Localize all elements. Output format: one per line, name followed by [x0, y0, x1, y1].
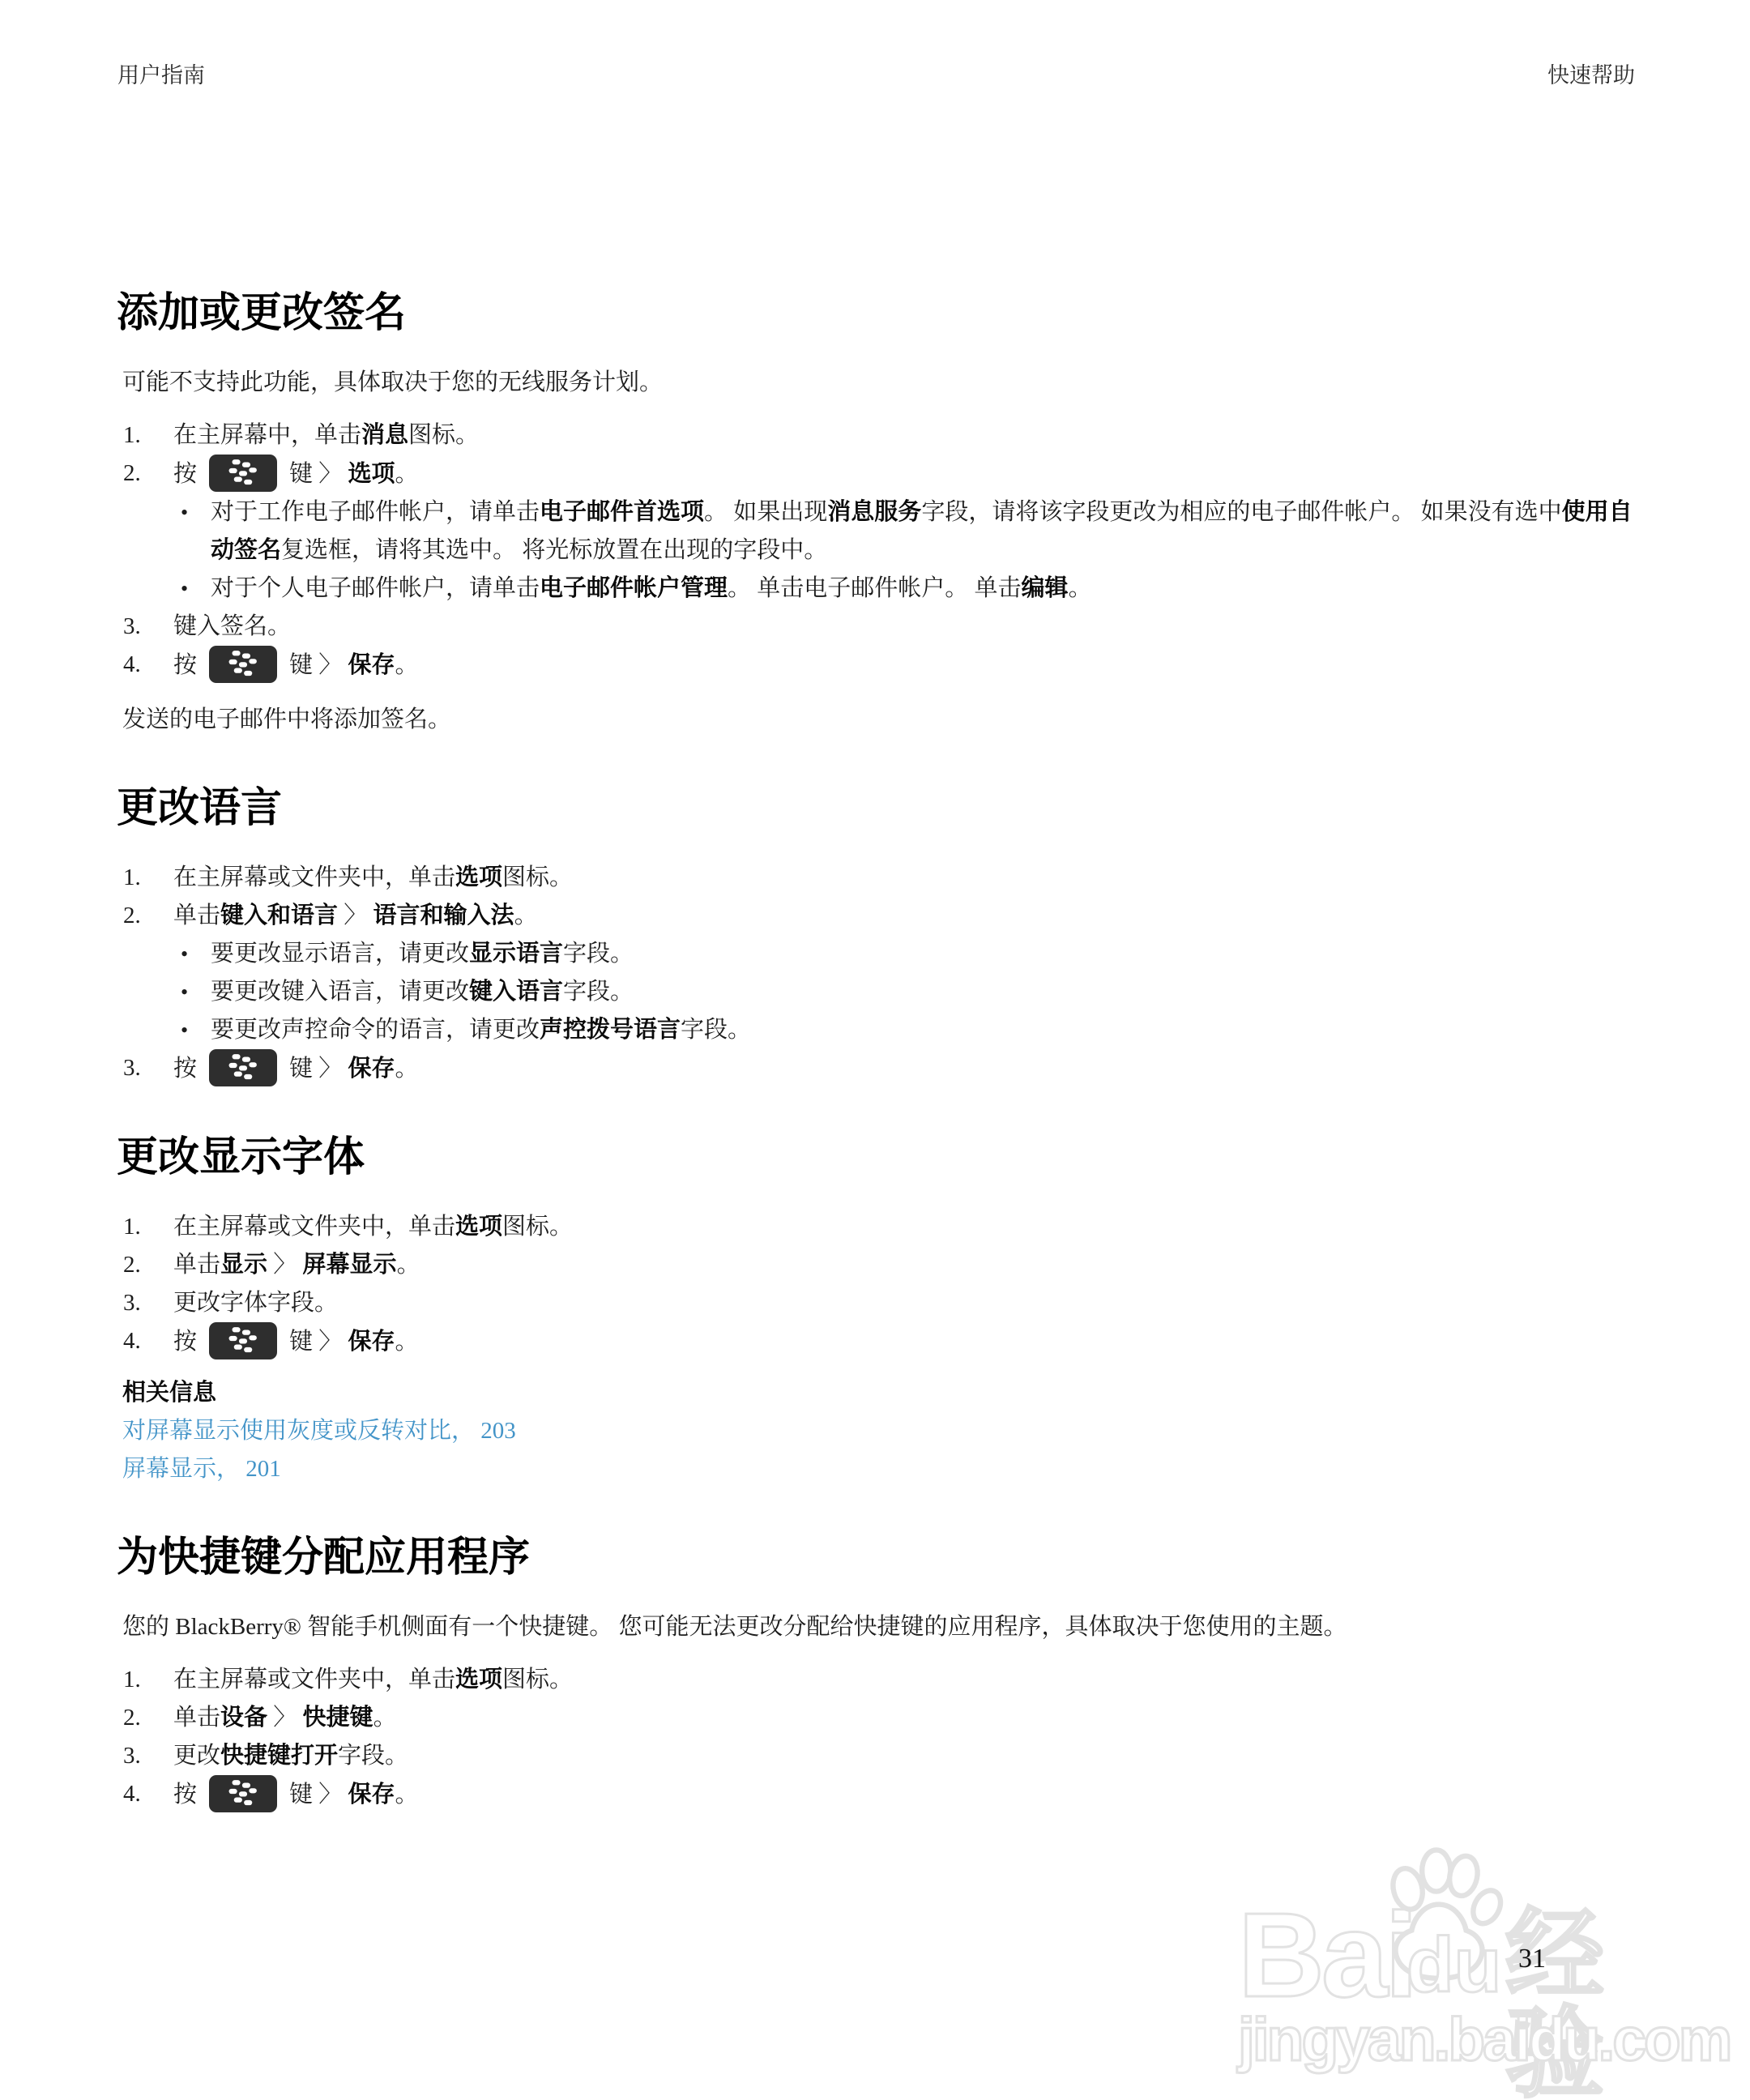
text-run: 。: [395, 461, 419, 487]
list-item: 4.按键 〉 保存。: [117, 646, 1638, 685]
bold-run: 保存: [348, 1329, 395, 1355]
list-item-body: 单击键入和语言 〉 语言和输入法。•要更改显示语言，请更改显示语言字段。•要更改…: [173, 897, 1638, 1049]
text-run: 字段，请将该字段更改为相应的电子邮件帐户。 如果没有选中: [921, 499, 1561, 525]
list-item-body: 在主屏幕或文件夹中，单击选项图标。: [173, 859, 1638, 897]
list-item-text: 单击设备 〉 快捷键。: [173, 1699, 1638, 1737]
list-number: 4.: [117, 646, 173, 684]
list-item-text: 按键 〉 保存。: [173, 1322, 1638, 1361]
bold-run: 电子邮件首选项: [540, 499, 704, 525]
list-item: 2.单击设备 〉 快捷键。: [117, 1699, 1638, 1737]
text-run: 。: [514, 903, 538, 928]
list-item: 1.在主屏幕或文件夹中，单击选项图标。: [117, 1661, 1638, 1699]
text-run: 键 〉: [289, 1056, 348, 1082]
list-item-text: 在主屏幕或文件夹中，单击选项图标。: [173, 1661, 1638, 1699]
bold-run: 键入语言: [469, 979, 563, 1005]
list-item: 1.在主屏幕或文件夹中，单击选项图标。: [117, 1208, 1638, 1246]
page-number: 31: [1518, 1943, 1546, 1975]
list-item-text: 更改字体字段。: [173, 1284, 1638, 1322]
list-item-body: 按键 〉 保存。: [173, 1049, 1638, 1088]
list-item-body: 按键 〉 保存。: [173, 1775, 1638, 1814]
numbered-list: 1.在主屏幕或文件夹中，单击选项图标。2.单击设备 〉 快捷键。3.更改快捷键打…: [117, 1661, 1638, 1814]
bold-run: 选项: [348, 461, 395, 487]
bullet-text: 要更改键入语言，请更改键入语言字段。: [211, 973, 1638, 1011]
text-run: 。: [395, 1056, 419, 1082]
bullet-icon: •: [173, 493, 211, 570]
paragraph: 您的 BlackBerry® 智能手机侧面有一个快捷键。 您可能无法更改分配给快…: [122, 1608, 1638, 1646]
watermark-jingyan-text: 经验: [1505, 1906, 1659, 2100]
header-right-title: 快速帮助: [1547, 57, 1635, 95]
list-number: 3.: [117, 608, 173, 646]
section-title: 更改显示字体: [117, 1132, 1638, 1182]
paragraph: 可能不支持此功能，具体取决于您的无线服务计划。: [122, 364, 1638, 402]
list-item-body: 按键 〉 保存。: [173, 1322, 1638, 1361]
list-item: 4.按键 〉 保存。: [117, 1322, 1638, 1361]
blackberry-key-icon: [209, 1322, 277, 1359]
text-run: 字段。: [563, 941, 634, 967]
list-item: 2.单击显示 〉 屏幕显示。: [117, 1246, 1638, 1284]
list-number: 1.: [117, 1208, 173, 1246]
text-run: 。: [397, 1252, 420, 1278]
section-title: 为快捷键分配应用程序: [117, 1532, 1638, 1582]
list-item: 2. 按键 〉 选项。•对于工作电子邮件帐户，请单击电子邮件首选项。 如果出现消…: [117, 455, 1638, 608]
related-link[interactable]: 屏幕显示， 201: [122, 1450, 1638, 1488]
list-item-text: 在主屏幕或文件夹中，单击选项图标。: [173, 859, 1638, 897]
bullet-item: •要更改键入语言，请更改键入语言字段。: [173, 973, 1638, 1011]
text-run: 对于工作电子邮件帐户，请单击: [211, 499, 540, 525]
bullet-icon: •: [173, 973, 211, 1011]
blackberry-key-icon: [209, 1775, 277, 1812]
list-number: 3.: [117, 1284, 173, 1322]
text-run: 更改字体字段。: [173, 1290, 338, 1316]
text-run: 在主屏幕中，单击: [173, 422, 361, 448]
text-run: 。 如果出现: [704, 499, 827, 525]
bold-run: 显示: [220, 1252, 267, 1278]
list-item: 1.在主屏幕或文件夹中，单击选项图标。: [117, 859, 1638, 897]
text-run: 要更改键入语言，请更改: [211, 979, 469, 1005]
list-number: 2.: [117, 897, 173, 935]
list-number: 2.: [117, 1699, 173, 1737]
paragraph: 发送的电子邮件中将添加签名。: [122, 701, 1638, 739]
text-run: 字段。: [563, 979, 634, 1005]
section-title: 添加或更改签名: [117, 288, 1638, 338]
running-header: 用户指南 快速帮助: [0, 0, 1750, 95]
text-run: 单击: [173, 1252, 220, 1278]
list-item-body: 单击显示 〉 屏幕显示。: [173, 1246, 1638, 1284]
text-run: 〉: [267, 1705, 303, 1731]
list-item-text: 单击键入和语言 〉 语言和输入法。: [173, 897, 1638, 935]
paw-icon: [1374, 1847, 1504, 2010]
bullet-icon: •: [173, 570, 211, 608]
text-run: 发送的电子邮件中将添加签名。: [122, 706, 451, 732]
blackberry-key-icon: [209, 455, 277, 492]
bold-run: 选项: [455, 1667, 502, 1692]
bold-run: 屏幕显示: [303, 1252, 397, 1278]
bold-run: 语言和输入法: [373, 903, 514, 928]
list-number: 2.: [117, 1246, 173, 1284]
text-run: 按: [173, 652, 197, 678]
list-item-text: 在主屏幕或文件夹中，单击选项图标。: [173, 1208, 1638, 1246]
list-number: 1.: [117, 416, 173, 455]
bold-run: 显示语言: [469, 941, 563, 967]
list-item-body: 更改快捷键打开字段。: [173, 1737, 1638, 1775]
bold-run: 电子邮件帐户管理: [540, 575, 728, 601]
bold-run: 声控拨号语言: [540, 1017, 681, 1043]
list-item-body: 在主屏幕中，单击消息图标。: [173, 416, 1638, 455]
text-run: 键 〉: [289, 1329, 348, 1355]
bullet-icon: •: [173, 935, 211, 973]
list-number: 1.: [117, 1661, 173, 1699]
blackberry-key-icon: [209, 646, 277, 683]
related-info-heading: 相关信息: [122, 1374, 1638, 1412]
text-run: 按: [173, 1782, 197, 1808]
header-left-title: 用户指南: [117, 57, 205, 95]
list-item-body: 在主屏幕或文件夹中，单击选项图标。: [173, 1208, 1638, 1246]
list-item: 3.更改快捷键打开字段。: [117, 1737, 1638, 1775]
bullet-icon: •: [173, 1011, 211, 1049]
list-item-text: 按键 〉 选项。: [173, 455, 1638, 493]
list-item: 3.更改字体字段。: [117, 1284, 1638, 1322]
bold-run: 选项: [455, 864, 502, 890]
list-item-text: 更改快捷键打开字段。: [173, 1737, 1638, 1775]
text-run: 图标。: [408, 422, 479, 448]
bullet-item: •要更改声控命令的语言，请更改声控拨号语言字段。: [173, 1011, 1638, 1049]
list-item-body: 在主屏幕或文件夹中，单击选项图标。: [173, 1661, 1638, 1699]
list-item-text: 在主屏幕中，单击消息图标。: [173, 416, 1638, 455]
list-number: 1.: [117, 859, 173, 897]
text-run: 字段。: [338, 1743, 408, 1769]
list-item: 3.按键 〉 保存。: [117, 1049, 1638, 1088]
bold-run: 保存: [348, 1056, 395, 1082]
list-item: 1.在主屏幕中，单击消息图标。: [117, 416, 1638, 455]
text-run: 要更改显示语言，请更改: [211, 941, 469, 967]
text-run: 按: [173, 1329, 197, 1355]
numbered-list: 1.在主屏幕中，单击消息图标。2. 按键 〉 选项。•对于工作电子邮件帐户，请单…: [117, 416, 1638, 685]
list-item: 3.键入签名。: [117, 608, 1638, 646]
bullet-item: •对于个人电子邮件帐户，请单击电子邮件帐户管理。 单击电子邮件帐户。 单击编辑。: [173, 570, 1638, 608]
bullet-item: •对于工作电子邮件帐户，请单击电子邮件首选项。 如果出现消息服务字段，请将该字段…: [173, 493, 1638, 570]
text-run: 图标。: [502, 864, 573, 890]
watermark-bai-text: Bai: [1238, 1896, 1415, 2016]
text-run: 按: [173, 1056, 197, 1082]
text-run: 图标。: [502, 1214, 573, 1240]
text-run: 更改: [173, 1743, 220, 1769]
list-item-text: 按键 〉 保存。: [173, 1775, 1638, 1814]
list-item-body: 按键 〉 保存。: [173, 646, 1638, 685]
text-run: 要更改声控命令的语言，请更改: [211, 1017, 540, 1043]
list-item-text: 按键 〉 保存。: [173, 646, 1638, 685]
text-run: 。: [1069, 575, 1092, 601]
text-run: 单击: [173, 903, 220, 928]
bold-run: 快捷键: [303, 1705, 373, 1731]
bullet-text: 对于工作电子邮件帐户，请单击电子邮件首选项。 如果出现消息服务字段，请将该字段更…: [211, 493, 1638, 570]
related-info: 相关信息对屏幕显示使用灰度或反转对比， 203屏幕显示， 201: [122, 1374, 1638, 1488]
list-item-text: 键入签名。: [173, 608, 1638, 646]
list-item-text: 按键 〉 保存。: [173, 1049, 1638, 1088]
list-item-body: 单击设备 〉 快捷键。: [173, 1699, 1638, 1737]
bullet-text: 对于个人电子邮件帐户，请单击电子邮件帐户管理。 单击电子邮件帐户。 单击编辑。: [211, 570, 1638, 608]
text-run: 字段。: [681, 1017, 751, 1043]
text-run: 复选框，请将其选中。 将光标放置在出现的字段中。: [281, 537, 827, 563]
text-run: 键 〉: [289, 1782, 348, 1808]
bold-run: 选项: [455, 1214, 502, 1240]
bullet-text: 要更改声控命令的语言，请更改声控拨号语言字段。: [211, 1011, 1638, 1049]
document-page: { "page": { "header_left": "用户指南", "head…: [0, 0, 1750, 2100]
text-run: 您的 BlackBerry® 智能手机侧面有一个快捷键。 您可能无法更改分配给快…: [122, 1614, 1347, 1640]
text-run: 键入签名。: [173, 613, 291, 639]
text-run: 〉: [338, 903, 373, 928]
bullet-text: 要更改显示语言，请更改显示语言字段。: [211, 935, 1638, 973]
text-run: 。: [395, 652, 419, 678]
numbered-list: 1.在主屏幕或文件夹中，单击选项图标。2.单击显示 〉 屏幕显示。3.更改字体字…: [117, 1208, 1638, 1361]
bold-run: 设备: [220, 1705, 267, 1731]
bold-run: 消息服务: [827, 499, 921, 525]
text-run: 。 单击电子邮件帐户。 单击: [728, 575, 1022, 601]
list-item: 4.按键 〉 保存。: [117, 1775, 1638, 1814]
blackberry-key-icon: [209, 1049, 277, 1086]
list-number: 3.: [117, 1049, 173, 1087]
bullet-item: •要更改显示语言，请更改显示语言字段。: [173, 935, 1638, 973]
text-run: 在主屏幕或文件夹中，单击: [173, 1214, 455, 1240]
text-run: 按: [173, 461, 197, 487]
bold-run: 编辑: [1022, 575, 1069, 601]
text-run: 图标。: [502, 1667, 573, 1692]
text-run: 。: [395, 1782, 419, 1808]
list-item-text: 单击显示 〉 屏幕显示。: [173, 1246, 1638, 1284]
list-number: 4.: [117, 1775, 173, 1813]
list-number: 3.: [117, 1737, 173, 1775]
numbered-list: 1.在主屏幕或文件夹中，单击选项图标。2.单击键入和语言 〉 语言和输入法。•要…: [117, 859, 1638, 1088]
bold-run: 键入和语言: [220, 903, 338, 928]
bold-run: 保存: [348, 1782, 395, 1808]
list-item: 2.单击键入和语言 〉 语言和输入法。•要更改显示语言，请更改显示语言字段。•要…: [117, 897, 1638, 1049]
list-item-body: 键入签名。: [173, 608, 1638, 646]
watermark-du-text: du: [1406, 1927, 1501, 2004]
bullet-list: •要更改显示语言，请更改显示语言字段。•要更改键入语言，请更改键入语言字段。•要…: [173, 935, 1638, 1049]
text-run: 。: [373, 1705, 397, 1731]
text-run: 在主屏幕或文件夹中，单击: [173, 864, 455, 890]
text-run: 在主屏幕或文件夹中，单击: [173, 1667, 455, 1692]
text-run: 单击: [173, 1705, 220, 1731]
document-body: 添加或更改签名可能不支持此功能，具体取决于您的无线服务计划。1.在主屏幕中，单击…: [0, 288, 1750, 1814]
section-title: 更改语言: [117, 783, 1638, 833]
text-run: 可能不支持此功能，具体取决于您的无线服务计划。: [122, 369, 663, 395]
bold-run: 消息: [361, 422, 408, 448]
bold-run: 保存: [348, 652, 395, 678]
baidu-jingyan-watermark: Bai du 经验 jingyan.baidu.com: [1238, 1849, 1659, 2092]
list-item-body: 更改字体字段。: [173, 1284, 1638, 1322]
list-item-body: 按键 〉 选项。•对于工作电子邮件帐户，请单击电子邮件首选项。 如果出现消息服务…: [173, 455, 1638, 608]
list-number: 2.: [117, 455, 173, 493]
text-run: 键 〉: [289, 652, 348, 678]
text-run: 键 〉: [289, 461, 348, 487]
list-number: 4.: [117, 1322, 173, 1360]
related-link[interactable]: 对屏幕显示使用灰度或反转对比， 203: [122, 1412, 1638, 1450]
watermark-url-text: jingyan.baidu.com: [1238, 2009, 1730, 2070]
text-run: 对于个人电子邮件帐户，请单击: [211, 575, 540, 601]
text-run: 〉: [267, 1252, 303, 1278]
bold-run: 快捷键打开: [220, 1743, 338, 1769]
bullet-list: •对于工作电子邮件帐户，请单击电子邮件首选项。 如果出现消息服务字段，请将该字段…: [173, 493, 1638, 608]
text-run: 。: [395, 1329, 419, 1355]
